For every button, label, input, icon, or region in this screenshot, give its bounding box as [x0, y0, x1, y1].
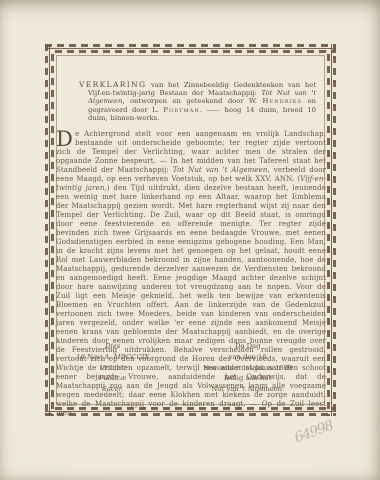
drop-cap: D — [56, 130, 75, 148]
paper-sheet: VERKLARING van het Zinnebeeldig Gedenkte… — [0, 0, 380, 480]
colophon-latin-column: Dies16 Nov. A. MDCCCIXUtilitatiPublicæSa… — [56, 341, 169, 395]
colophon-latin-line: Publicæ — [56, 373, 169, 384]
border-top — [45, 44, 336, 53]
colophon-dutch-column: De Dagvan den 16November des Jaars 1809h… — [169, 341, 326, 395]
text-segment: Tot Nut van 't Algemeen — [173, 166, 268, 174]
text-segment: Hendriks — [262, 97, 302, 105]
colophon-dutch-line: van den 16 — [169, 352, 326, 363]
colophon-dutch-line: November des Jaars 1809 — [169, 363, 326, 374]
colophon: Dies16 Nov. A. MDCCCIXUtilitatiPublicæSa… — [56, 341, 326, 395]
text-segment: , ontworpen en geteekend door W. — [122, 97, 262, 105]
colophon-dutch-line: De Dag — [169, 341, 326, 352]
colophon-latin-line: Dies — [56, 341, 169, 352]
text-segment: Portman — [163, 106, 200, 114]
border-left — [45, 44, 54, 416]
colophon-latin-line: Utilitati — [56, 363, 169, 374]
document-title: VERKLARING van het Zinnebeeldig Gedenkte… — [79, 81, 316, 122]
border-right — [327, 44, 336, 416]
colophon-latin-line: Sacer. — [56, 384, 169, 395]
colophon-dutch-line: heilig aan het — [169, 373, 326, 384]
colophon-dutch-line: Nut van 't Algemeen. — [169, 384, 326, 395]
text-segment: VERKLARING — [79, 80, 146, 89]
handwritten-inscription: 64998 — [292, 418, 335, 447]
colophon-latin-line: 16 Nov. A. MDCCCIX — [56, 352, 169, 363]
